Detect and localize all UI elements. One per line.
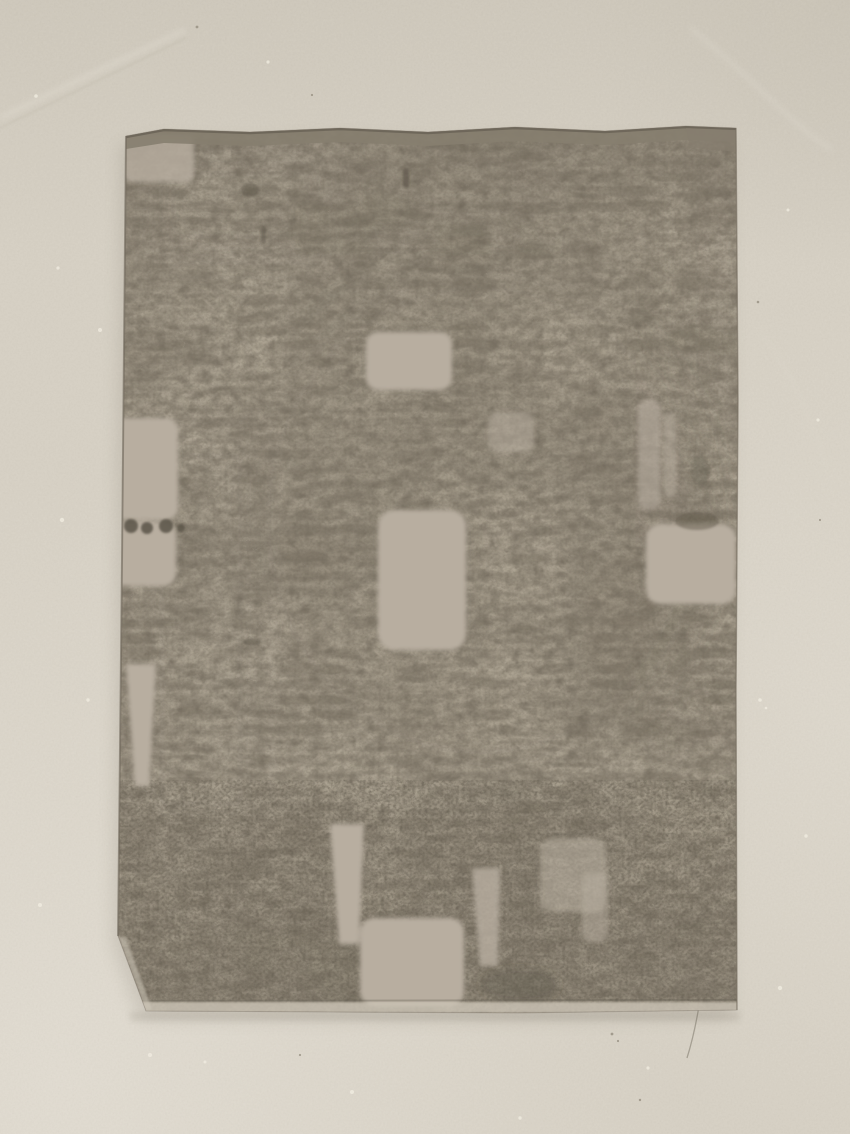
slab — [106, 120, 750, 1020]
photo: Top-down photograph of a weathered recta… — [0, 0, 850, 1134]
slab-top-density — [110, 128, 750, 328]
slab-face — [106, 120, 750, 1020]
photo-canvas — [0, 0, 850, 1134]
